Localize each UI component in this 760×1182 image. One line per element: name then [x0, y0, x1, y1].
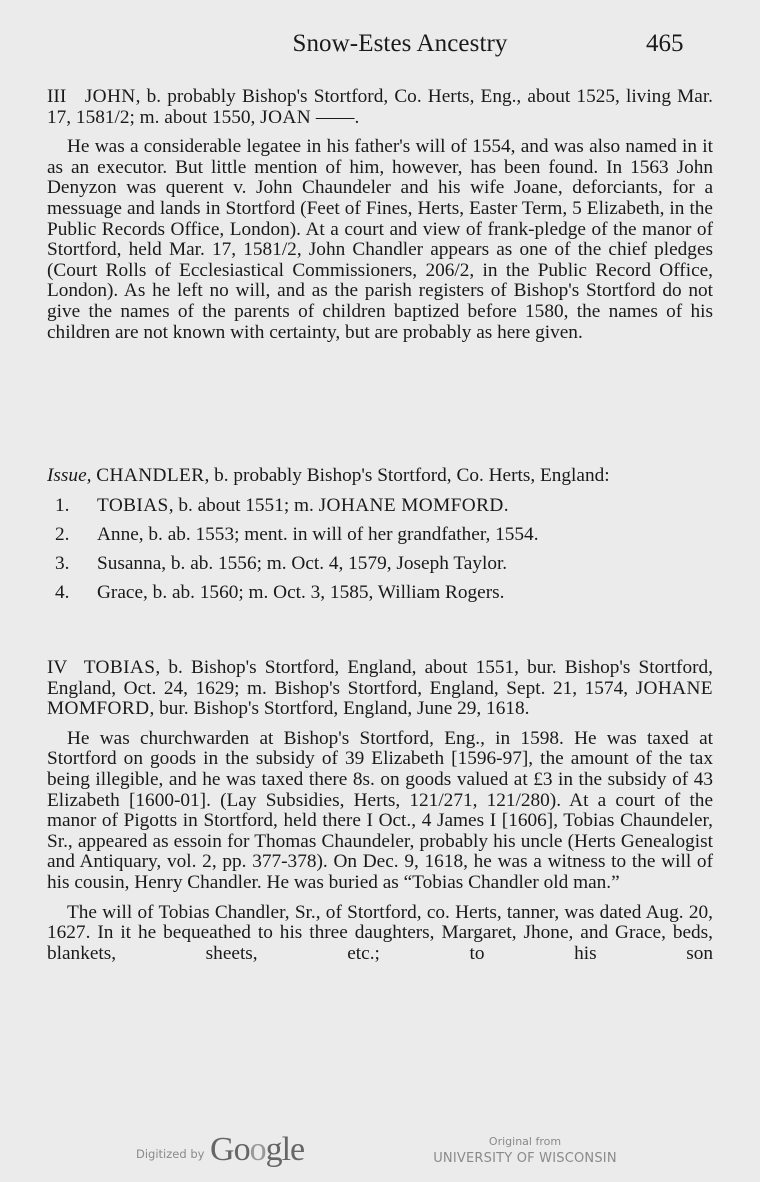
heading-text: , bur. Bishop's Stortford, England, June…	[149, 698, 529, 719]
spouse-name: JOAN	[260, 107, 311, 128]
child-details: , b. ab. 1560; m. Oct. 3, 1585, William …	[143, 582, 504, 603]
john-heading: III JOHN, b. probably Bishop's Stortford…	[47, 87, 713, 128]
section-issue: Issue, CHANDLER, b. probably Bishop's St…	[47, 466, 713, 607]
list-item: 2. Anne, b. ab. 1553; ment. in will of h…	[47, 520, 713, 549]
issue-heading: Issue, CHANDLER, b. probably Bishop's St…	[47, 466, 713, 487]
child-name: Grace	[97, 582, 143, 603]
generation-number: IV	[47, 657, 67, 678]
spouse-name: JOHANE MOMFORD	[319, 495, 504, 516]
list-item: 1. TOBIAS, b. about 1551; m. JOHANE MOMF…	[47, 491, 713, 520]
list-item: 4. Grace, b. ab. 1560; m. Oct. 3, 1585, …	[47, 578, 713, 607]
item-number: 2.	[55, 520, 69, 549]
digitization-footer: Digitized by Google Original from UNIVER…	[0, 1130, 760, 1180]
running-head: Snow-Estes Ancestry 465	[0, 28, 760, 62]
issue-surname: CHANDLER	[96, 465, 204, 486]
heading-text: ——.	[311, 107, 359, 128]
child-name: Susanna	[97, 553, 161, 574]
issue-text: , b. probably Bishop's Stortford, Co. He…	[204, 465, 609, 486]
google-logo: Google	[210, 1131, 304, 1169]
person-name: TOBIAS	[84, 657, 156, 678]
institution-name: UNIVERSITY OF WISCONSIN	[418, 1151, 632, 1166]
item-number: 4.	[55, 578, 69, 607]
digitized-by-label: Digitized by	[136, 1147, 204, 1161]
child-details: .	[504, 495, 509, 516]
tobias-paragraph-2: The will of Tobias Chandler, Sr., of Sto…	[47, 903, 713, 965]
child-details: , b. about 1551; m.	[169, 495, 319, 516]
page-number: 465	[646, 30, 684, 58]
section-john: III JOHN, b. probably Bishop's Stortford…	[47, 87, 713, 343]
child-name: Anne	[97, 524, 139, 545]
tobias-paragraph-1: He was churchwarden at Bishop's Stortfor…	[47, 729, 713, 894]
john-paragraph: He was a considerable legatee in his fat…	[47, 137, 713, 343]
child-details: , b. ab. 1556; m. Oct. 4, 1579, Joseph T…	[161, 553, 507, 574]
list-item: 3. Susanna, b. ab. 1556; m. Oct. 4, 1579…	[47, 549, 713, 578]
item-number: 1.	[55, 491, 69, 520]
page-title: Snow-Estes Ancestry	[250, 30, 550, 58]
issue-list: 1. TOBIAS, b. about 1551; m. JOHANE MOMF…	[47, 491, 713, 607]
generation-number: III	[47, 86, 66, 107]
original-from-label: Original from	[440, 1135, 610, 1148]
heading-text: , b. probably Bishop's Stortford, Co. He…	[136, 86, 571, 107]
issue-label: Issue,	[47, 465, 91, 486]
child-name: TOBIAS	[97, 495, 169, 516]
child-details: , b. ab. 1553; ment. in will of her gran…	[139, 524, 539, 545]
tobias-heading: IV TOBIAS, b. Bishop's Stortford, Englan…	[47, 658, 713, 720]
item-number: 3.	[55, 549, 69, 578]
person-name: JOHN	[85, 86, 136, 107]
section-tobias: IV TOBIAS, b. Bishop's Stortford, Englan…	[47, 658, 713, 964]
